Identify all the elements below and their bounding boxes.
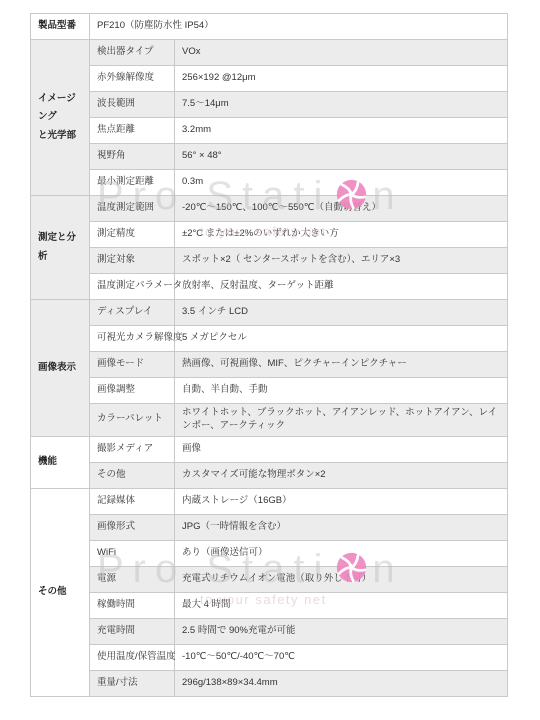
spec-row: その他カスタマイズ可能な物理ボタン×2 — [31, 462, 508, 488]
spec-label: 充電時間 — [90, 618, 175, 644]
spec-label: WiFi — [90, 540, 175, 566]
category-cell: その他 — [31, 488, 90, 696]
spec-value: -10℃～50℃/-40℃～70℃ — [175, 644, 508, 670]
spec-table: 製品型番PF210（防塵防水性 IP54）イメージングと光学部検出器タイプVOx… — [30, 13, 508, 697]
spec-label: 画像調整 — [90, 378, 175, 404]
spec-label: 記録媒体 — [90, 488, 175, 514]
spec-row: 焦点距離3.2mm — [31, 118, 508, 144]
spec-value: 内蔵ストレージ（16GB） — [175, 488, 508, 514]
spec-value: 放射率、反射温度、ターゲット距離 — [175, 274, 508, 300]
spec-value: 5 メガピクセル — [175, 326, 508, 352]
spec-value: 最大 4 時間 — [175, 592, 508, 618]
spec-value: 画像 — [175, 436, 508, 462]
spec-row: 測定対象スポット×2（ センタースポットを含む）、エリア×3 — [31, 248, 508, 274]
spec-row: 波長範囲7.5～14μm — [31, 92, 508, 118]
spec-label: その他 — [90, 462, 175, 488]
spec-row: 電源充電式リチウムイオン電池（取り外し不可） — [31, 566, 508, 592]
spec-value: -20℃～150℃、100℃～550℃（自動切替え） — [175, 196, 508, 222]
spec-row: 製品型番PF210（防塵防水性 IP54） — [31, 14, 508, 40]
spec-row: 測定精度±2°C または±2%のいずれか大きい方 — [31, 222, 508, 248]
spec-label: カラーパレット — [90, 404, 175, 437]
spec-value: スポット×2（ センタースポットを含む）、エリア×3 — [175, 248, 508, 274]
spec-value: 3.2mm — [175, 118, 508, 144]
spec-label: 使用温度/保管温度 — [90, 644, 175, 670]
spec-row: 充電時間2.5 時間で 90%充電が可能 — [31, 618, 508, 644]
spec-value: 充電式リチウムイオン電池（取り外し不可） — [175, 566, 508, 592]
spec-label: 稼働時間 — [90, 592, 175, 618]
spec-label: 赤外線解像度 — [90, 66, 175, 92]
spec-label: 重量/寸法 — [90, 670, 175, 696]
spec-label: 測定対象 — [90, 248, 175, 274]
category-cell: 画像表示 — [31, 300, 90, 437]
spec-table-body: 製品型番PF210（防塵防水性 IP54）イメージングと光学部検出器タイプVOx… — [31, 14, 508, 697]
spec-row: 測定と分析温度測定範囲-20℃～150℃、100℃～550℃（自動切替え） — [31, 196, 508, 222]
spec-row: その他記録媒体内蔵ストレージ（16GB） — [31, 488, 508, 514]
spec-value: カスタマイズ可能な物理ボタン×2 — [175, 462, 508, 488]
spec-row: 画像表示ディスプレイ3.5 インチ LCD — [31, 300, 508, 326]
spec-label: 温度測定範囲 — [90, 196, 175, 222]
spec-row: イメージングと光学部検出器タイプVOx — [31, 40, 508, 66]
spec-row: 画像形式JPG（一時情報を含む） — [31, 514, 508, 540]
spec-label: 電源 — [90, 566, 175, 592]
spec-label: 検出器タイプ — [90, 40, 175, 66]
spec-label: 温度測定パラメータ — [90, 274, 175, 300]
spec-page: 製品型番PF210（防塵防水性 IP54）イメージングと光学部検出器タイプVOx… — [0, 0, 540, 720]
spec-label: 画像モード — [90, 352, 175, 378]
spec-row: 視野角56° × 48° — [31, 144, 508, 170]
spec-label: 焦点距離 — [90, 118, 175, 144]
spec-value: 2.5 時間で 90%充電が可能 — [175, 618, 508, 644]
spec-label: 測定精度 — [90, 222, 175, 248]
spec-row: 画像調整自動、半自動、手動 — [31, 378, 508, 404]
spec-value: 3.5 インチ LCD — [175, 300, 508, 326]
spec-value: PF210（防塵防水性 IP54） — [90, 14, 508, 40]
spec-row: 画像モード熱画像、可視画像、MIF、ピクチャーインピクチャー — [31, 352, 508, 378]
spec-label: 波長範囲 — [90, 92, 175, 118]
spec-value: ±2°C または±2%のいずれか大きい方 — [175, 222, 508, 248]
category-cell: イメージングと光学部 — [31, 40, 90, 196]
spec-value: ホワイトホット、ブラックホット、アイアンレッド、ホットアイアン、レインボー、アー… — [175, 404, 508, 437]
spec-row: 最小測定距離0.3m — [31, 170, 508, 196]
spec-value: JPG（一時情報を含む） — [175, 514, 508, 540]
spec-label: 撮影メディア — [90, 436, 175, 462]
spec-value: 自動、半自動、手動 — [175, 378, 508, 404]
spec-value: 熱画像、可視画像、MIF、ピクチャーインピクチャー — [175, 352, 508, 378]
spec-value: 256×192 @12μm — [175, 66, 508, 92]
spec-value: 296g/138×89×34.4mm — [175, 670, 508, 696]
spec-label: 可視光カメラ解像度 — [90, 326, 175, 352]
category-cell: 機能 — [31, 436, 90, 488]
spec-value: あり（画像送信可） — [175, 540, 508, 566]
spec-label: 視野角 — [90, 144, 175, 170]
spec-row: 重量/寸法296g/138×89×34.4mm — [31, 670, 508, 696]
spec-value: 0.3m — [175, 170, 508, 196]
spec-label: 最小測定距離 — [90, 170, 175, 196]
spec-row: 可視光カメラ解像度5 メガピクセル — [31, 326, 508, 352]
spec-label: 画像形式 — [90, 514, 175, 540]
spec-value: 7.5～14μm — [175, 92, 508, 118]
spec-row: 赤外線解像度256×192 @12μm — [31, 66, 508, 92]
spec-row: 温度測定パラメータ放射率、反射温度、ターゲット距離 — [31, 274, 508, 300]
spec-row: 機能撮影メディア画像 — [31, 436, 508, 462]
spec-value: 56° × 48° — [175, 144, 508, 170]
spec-value: VOx — [175, 40, 508, 66]
spec-row: WiFiあり（画像送信可） — [31, 540, 508, 566]
spec-label: ディスプレイ — [90, 300, 175, 326]
spec-row: 稼働時間最大 4 時間 — [31, 592, 508, 618]
category-cell: 製品型番 — [31, 14, 90, 40]
spec-row: カラーパレットホワイトホット、ブラックホット、アイアンレッド、ホットアイアン、レ… — [31, 404, 508, 437]
spec-row: 使用温度/保管温度-10℃～50℃/-40℃～70℃ — [31, 644, 508, 670]
category-cell: 測定と分析 — [31, 196, 90, 300]
